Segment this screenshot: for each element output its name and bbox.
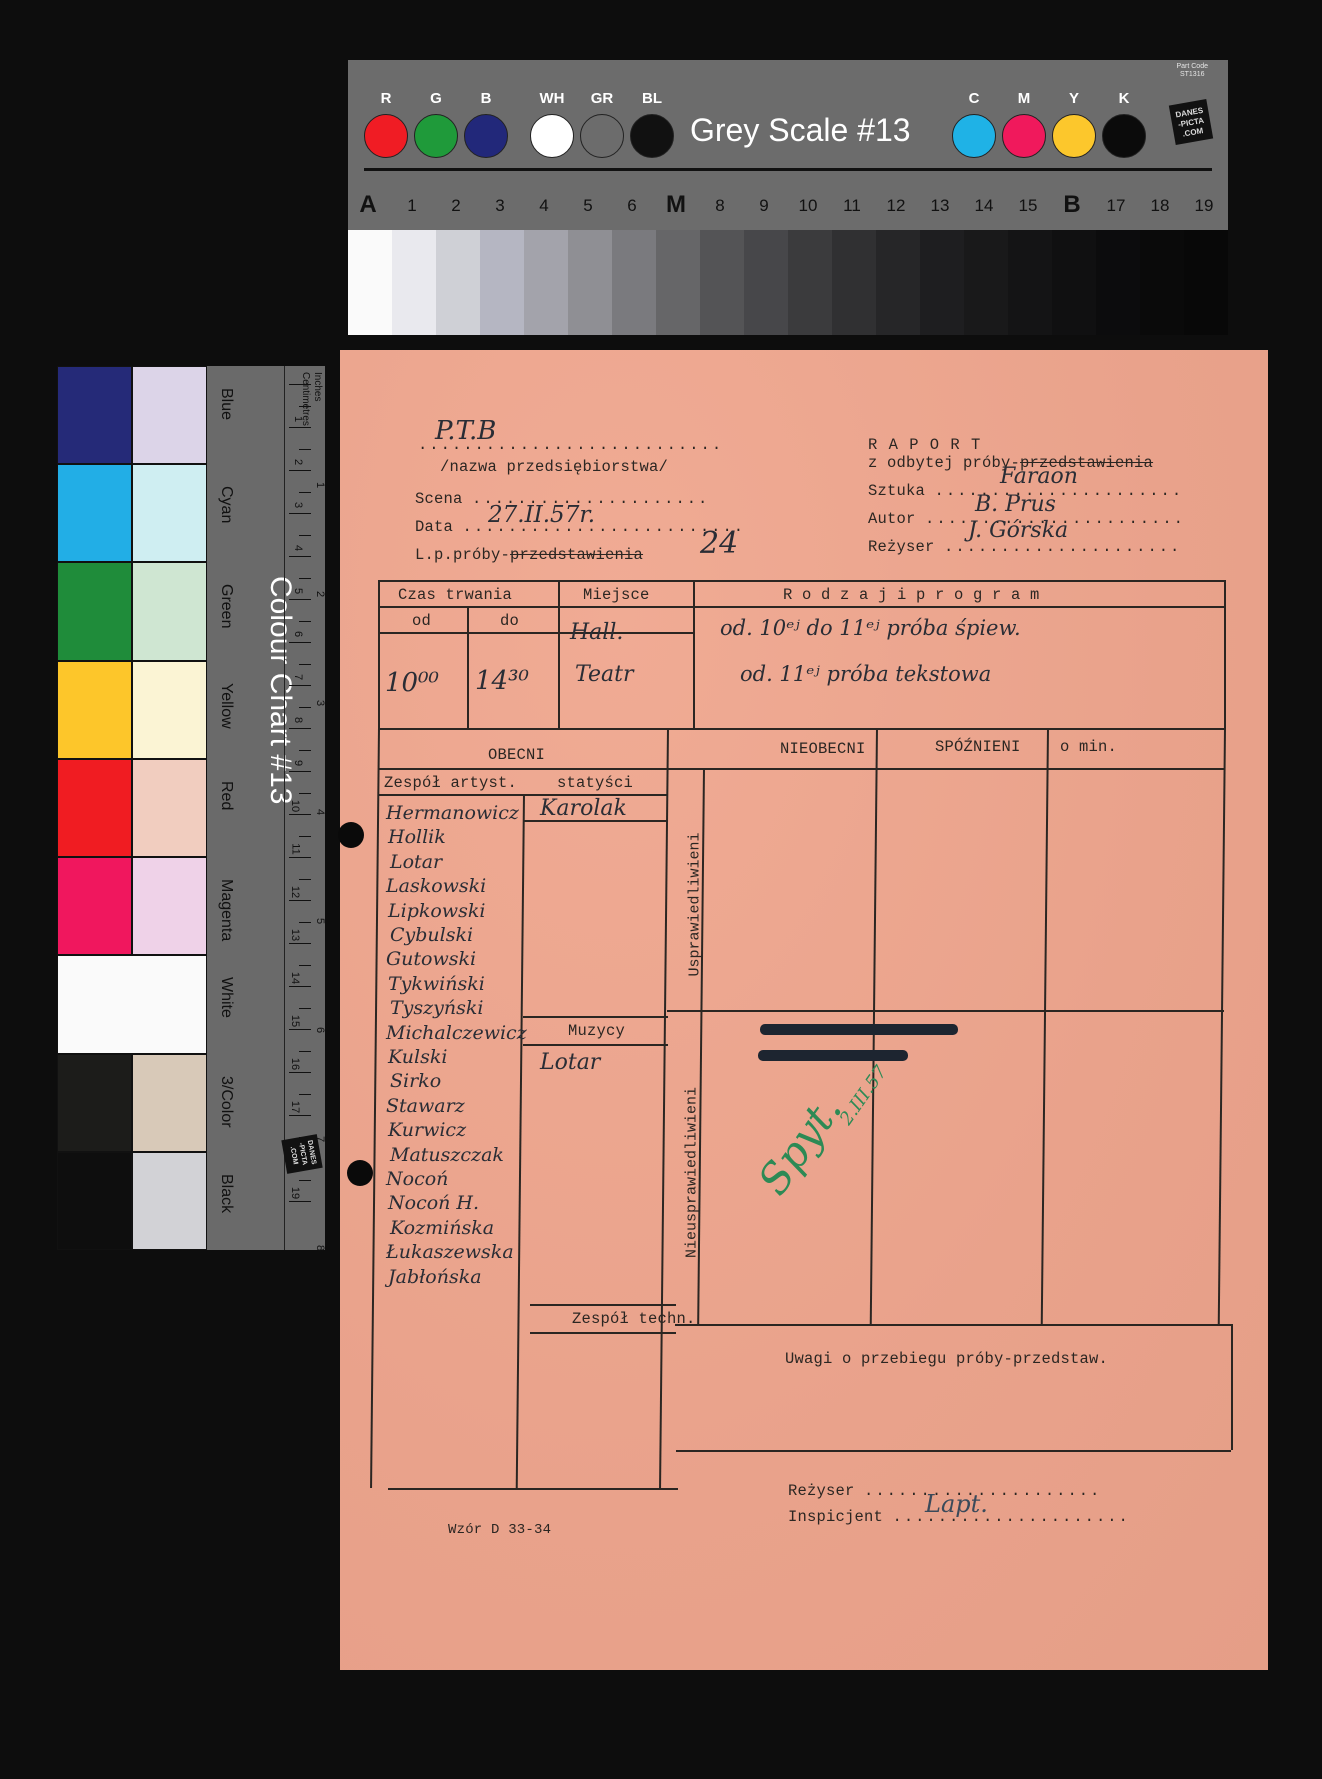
swatch-light (132, 1054, 207, 1152)
colour-dot (464, 114, 508, 158)
cm-tick-label: 2 (292, 459, 304, 465)
inch-tick-label: 2 (314, 591, 326, 597)
ruler-tick (289, 685, 311, 686)
colour-dot (1002, 114, 1046, 158)
colour-swatch-row (57, 1054, 207, 1152)
step-label: B (1050, 191, 1094, 219)
redacted-entry (760, 1024, 958, 1035)
inch-tick-label: 6 (314, 1027, 326, 1033)
data-value: 27.II.57r. (488, 502, 595, 528)
grey-step (656, 230, 700, 335)
colour-swatch-row (57, 759, 207, 857)
cm-tick-label: 13 (289, 929, 301, 941)
cm-tick-label: 7 (292, 674, 304, 680)
grey-step (568, 230, 612, 335)
header-nieobecni: NIEOBECNI (780, 740, 866, 758)
artist-name: Kozmińska (390, 1217, 494, 1239)
colour-chart-strip: Colour Chart #13 Inches Centimetres 1234… (207, 366, 325, 1250)
ruler-tick (299, 707, 311, 708)
colour-swatch-row (57, 366, 207, 464)
lp-field: L.p.próby-przedstawienia (415, 546, 643, 564)
artist-name: Łukaszewska (386, 1241, 514, 1263)
ruler-tick (289, 728, 311, 729)
ruler-tick (299, 965, 311, 966)
grey-step (436, 230, 480, 335)
muzycy-value: Lotar (540, 1050, 600, 1075)
ruler-tick (289, 857, 311, 858)
cm-tick-label: 15 (289, 1015, 301, 1027)
ruler-tick (289, 556, 311, 557)
ruler-tick (289, 1201, 311, 1202)
colour-swatch-row (57, 1152, 207, 1250)
ruler-tick (289, 1072, 311, 1073)
colour-dot (952, 114, 996, 158)
ruler-tick (299, 664, 311, 665)
ruler-tick (289, 771, 311, 772)
sztuka-label: Sztuka (868, 482, 925, 500)
inch-tick-label: 4 (314, 809, 326, 815)
artist-name: Laskowski (386, 875, 486, 897)
grey-step (524, 230, 568, 335)
miejsce-value-line-1: Hall. (570, 620, 623, 645)
swatch-label: WH (530, 90, 574, 107)
artist-name: Michalczewicz (386, 1022, 527, 1044)
autor-label: Autor (868, 510, 916, 528)
header-o-min: o min. (1060, 738, 1117, 756)
ruler-tick (299, 793, 311, 794)
header-miejsce: Miejsce (583, 586, 650, 604)
cm-tick-label: 9 (292, 760, 304, 766)
header-muzycy: Muzycy (568, 1022, 625, 1040)
header-spoznieni: SPÓŹNIENI (935, 738, 1021, 756)
grey-step (876, 230, 920, 335)
ruler-tick (299, 578, 311, 579)
punch-hole (347, 1160, 373, 1186)
swatch-label: M (1002, 90, 1046, 107)
step-label: 17 (1094, 196, 1138, 216)
grey-step (1184, 230, 1228, 335)
swatch-label: Red (217, 781, 235, 810)
ruler-tick (289, 986, 311, 987)
scena-label: Scena (415, 490, 463, 508)
colour-dot (414, 114, 458, 158)
ruler-tick (299, 621, 311, 622)
swatch-dark (57, 661, 132, 759)
ruler-tick (299, 535, 311, 536)
swatch-label: Y (1052, 90, 1096, 107)
artist-name: Kulski (388, 1046, 447, 1068)
step-label: 10 (786, 196, 830, 216)
swatch-light (132, 857, 207, 955)
swatch-light (132, 366, 207, 464)
raport-title: R A P O R T (868, 436, 981, 454)
ruler-tick (299, 1051, 311, 1052)
ruler-tick (289, 599, 311, 600)
artist-name: Sirko (390, 1070, 441, 1092)
step-label: 15 (1006, 196, 1050, 216)
divider (364, 168, 1212, 171)
header-obecni: OBECNI (488, 746, 545, 764)
ruler-tick (289, 900, 311, 901)
inch-tick-label: 1 (314, 482, 326, 488)
ruler-tick (299, 879, 311, 880)
colour-dot (1102, 114, 1146, 158)
ruler-tick (289, 513, 311, 514)
colour-chart-card: Colour Chart #13 Inches Centimetres 1234… (57, 366, 325, 1250)
swatch-label: Black (217, 1174, 235, 1213)
swatch-label: Magenta (217, 879, 235, 941)
swatch-light (132, 464, 207, 562)
artist-name: Matuszczak (390, 1144, 504, 1166)
swatch-light (132, 759, 207, 857)
swatch-label: BL (630, 90, 674, 107)
swatch-dark (57, 464, 132, 562)
cm-tick-label: 10 (289, 800, 301, 812)
step-label: 8 (698, 196, 742, 216)
swatch-dark (57, 759, 132, 857)
miejsce-value-line-2: Teatr (575, 662, 633, 687)
step-label: 6 (610, 196, 654, 216)
ruler-tick (299, 492, 311, 493)
grey-step (832, 230, 876, 335)
ruler-tick (299, 449, 311, 450)
ruler-tick (289, 943, 311, 944)
do-value: 14³⁰ (475, 666, 529, 696)
swatch-dark (57, 562, 132, 660)
od-value: 10⁰⁰ (385, 668, 439, 698)
ruler-tick (289, 1029, 311, 1030)
grey-scale-title: Grey Scale #13 (690, 112, 911, 149)
cm-tick-label: 12 (289, 886, 301, 898)
ruler-tick (289, 427, 311, 428)
header-od: od (412, 612, 431, 630)
swatch-label: 3/Color (217, 1076, 235, 1128)
swatch-dark (57, 955, 207, 1053)
ruler-tick (299, 1094, 311, 1095)
grey-step (1096, 230, 1140, 335)
step-label: 2 (434, 196, 478, 216)
swatch-label: Blue (217, 388, 235, 420)
step-label: 1 (390, 196, 434, 216)
swatch-label: R (364, 90, 408, 107)
colour-swatch-row (57, 857, 207, 955)
swatch-label: Green (217, 584, 235, 628)
step-label: 13 (918, 196, 962, 216)
cm-tick-label: 14 (289, 972, 301, 984)
cm-tick-label: 16 (289, 1058, 301, 1070)
artist-name: Tyszyński (390, 997, 483, 1019)
swatch-light (132, 562, 207, 660)
artist-name: Hermanowicz (386, 802, 519, 824)
redacted-entry (758, 1050, 908, 1061)
swatch-label: Yellow (217, 683, 235, 729)
grey-step (744, 230, 788, 335)
ruler-tick (299, 1008, 311, 1009)
artist-name: Cybulski (390, 924, 473, 946)
ruler-tick (289, 1115, 311, 1116)
cm-tick-label: 4 (292, 545, 304, 551)
label-nieusprawiedliwieni: Nieusprawiedliwieni (684, 1083, 701, 1263)
grey-step (920, 230, 964, 335)
step-label: 12 (874, 196, 918, 216)
artist-name: Nocoń (386, 1168, 448, 1190)
cm-tick-label: 11 (289, 843, 301, 854)
colour-swatch-row (57, 661, 207, 759)
colour-dot (630, 114, 674, 158)
cm-tick-label: 5 (292, 588, 304, 594)
artist-name: Nocoń H. (388, 1192, 479, 1214)
data-label: Data (415, 518, 453, 536)
colour-dot (364, 114, 408, 158)
swatch-label: Cyan (217, 486, 235, 523)
grey-step (612, 230, 656, 335)
cm-tick-label: 19 (289, 1187, 301, 1199)
step-label: 19 (1182, 196, 1226, 216)
grey-scale-strip (348, 230, 1228, 335)
ruler: 1234567891011121314151617181912345678 (284, 366, 325, 1250)
step-label: 18 (1138, 196, 1182, 216)
danes-picta-logo: DANES -PICTA .COM (1169, 99, 1213, 145)
artist-name: Tykwiński (388, 973, 485, 995)
green-date-note: 2.III.57 (836, 1062, 892, 1129)
ruler-tick (289, 384, 311, 385)
ruler-tick (299, 406, 311, 407)
swatch-dark (57, 1152, 132, 1250)
grey-step (1008, 230, 1052, 335)
swatch-label: K (1102, 90, 1146, 107)
rezyser-field: Reżyser ..................... (868, 538, 1181, 556)
inspicjent-signature: Lapt. (925, 1490, 988, 1518)
ruler-tick (299, 922, 311, 923)
artist-name: Lipkowski (388, 900, 485, 922)
ruler-tick (299, 750, 311, 751)
colour-swatch-row (57, 464, 207, 562)
step-label: 3 (478, 196, 522, 216)
grey-step (392, 230, 436, 335)
header-czas-trwania: Czas trwania (398, 586, 512, 604)
program-line-2: od. 11ᵉʲ próba tekstowa (740, 662, 991, 686)
swatch-light (132, 1152, 207, 1250)
grey-step (788, 230, 832, 335)
step-label: 5 (566, 196, 610, 216)
header-zespol-artyst: Zespół artyst. (384, 774, 517, 792)
cm-tick-label: 17 (289, 1101, 301, 1113)
header-do: do (500, 612, 519, 630)
rezyser-label: Reżyser (868, 538, 935, 556)
cm-tick-label: 3 (292, 502, 304, 508)
swatch-dark (57, 1054, 132, 1152)
grey-step (348, 230, 392, 335)
swatch-light (132, 661, 207, 759)
rehearsal-report-form: P.T.B ........................... /nazwa… (340, 350, 1268, 1670)
cm-tick-label: 1 (292, 416, 304, 422)
form-number: Wzór D 33-34 (448, 1522, 551, 1538)
statysci-value: Karolak (540, 796, 627, 821)
cm-tick-label: 8 (292, 717, 304, 723)
step-label: 4 (522, 196, 566, 216)
step-label: 9 (742, 196, 786, 216)
swatch-label: B (464, 90, 508, 107)
ruler-tick (289, 470, 311, 471)
colour-swatches (57, 366, 207, 1250)
grey-scale-step-labels: A123456M89101112131415B171819 (348, 196, 1228, 226)
colour-dot (1052, 114, 1096, 158)
danes-picta-logo: DANES -PICTA .COM (281, 1134, 322, 1174)
step-label: 14 (962, 196, 1006, 216)
colour-dot (530, 114, 574, 158)
colour-dot (580, 114, 624, 158)
inch-tick-label: 8 (314, 1245, 326, 1251)
artist-name: Hollik (388, 826, 446, 848)
swatch-label: White (217, 977, 235, 1018)
program-line-1: od. 10ᵉʲ do 11ᵉʲ próba śpiew. (720, 616, 1021, 640)
swatch-dark (57, 857, 132, 955)
grey-step (1052, 230, 1096, 335)
grey-step (700, 230, 744, 335)
uwagi-label: Uwagi o przebiegu próby-przedstaw. (785, 1350, 1108, 1368)
swatch-label: GR (580, 90, 624, 107)
label-usprawiedliwieni: Usprawiedliwieni (687, 825, 704, 985)
swatch-dark (57, 366, 132, 464)
grey-step (1140, 230, 1184, 335)
colour-swatch-row (57, 562, 207, 660)
step-label: A (346, 191, 390, 219)
grey-scale-card: Grey Scale #13 Part Code ST1316 DANES -P… (348, 60, 1228, 335)
header-statysci: statyści (557, 774, 633, 792)
dotted-line: ........................... (418, 436, 723, 454)
part-code: Part Code ST1316 (1176, 63, 1208, 79)
cm-tick-label: 6 (292, 631, 304, 637)
inch-tick-label: 3 (314, 700, 326, 706)
step-label: M (654, 191, 698, 219)
swatch-label: C (952, 90, 996, 107)
ruler-tick (289, 814, 311, 815)
grey-step (964, 230, 1008, 335)
punch-hole (338, 822, 364, 848)
swatch-label: G (414, 90, 458, 107)
artist-name: Kurwicz (388, 1119, 466, 1141)
enterprise-caption: /nazwa przedsiębiorstwa/ (440, 458, 668, 476)
step-label: 11 (830, 196, 874, 216)
ruler-tick (289, 642, 311, 643)
grey-step (480, 230, 524, 335)
green-signature: Spyt. (748, 1086, 851, 1204)
ruler-tick (299, 836, 311, 837)
ruler-tick (299, 1180, 311, 1181)
colour-swatch-row (57, 955, 207, 1053)
artist-name: Stawarz (386, 1095, 465, 1117)
header-rodzaj-program: R o d z a j i p r o g r a m (783, 586, 1040, 604)
artist-name: Jabłońska (388, 1266, 482, 1288)
artist-name: Gutowski (386, 948, 476, 970)
artist-name: Lotar (390, 851, 442, 873)
lp-value: 24 (700, 526, 738, 561)
header-zespol-techn: Zespół techn. (572, 1310, 696, 1328)
inch-tick-label: 5 (314, 918, 326, 924)
